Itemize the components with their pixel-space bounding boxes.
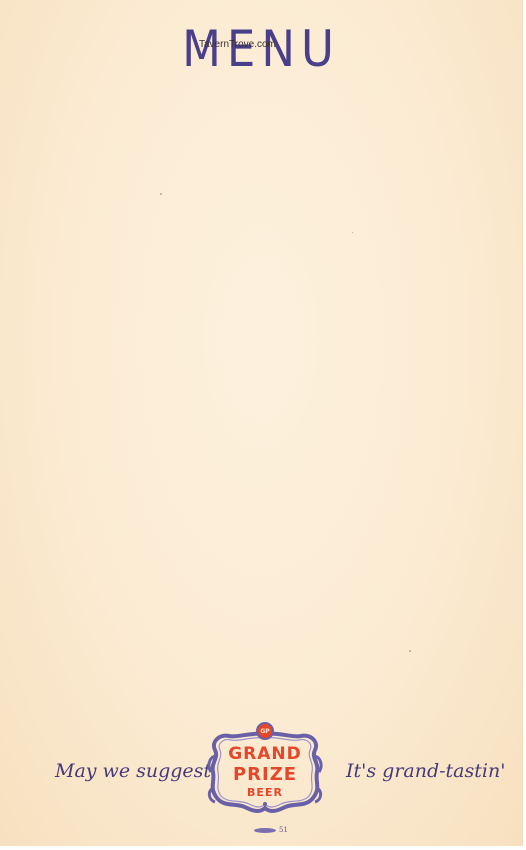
watermark: TavernTrove.com <box>199 39 276 50</box>
logo-beer: BEER <box>207 786 323 799</box>
right-slogan: It's grand-tastin' <box>346 760 505 782</box>
left-slogan: May we suggest <box>55 760 211 782</box>
paper-speck <box>409 650 411 652</box>
leaf-ornament-icon <box>254 828 276 833</box>
grand-prize-beer-logo: GP GRAND PRIZE BEER <box>207 728 323 816</box>
menu-sheet: MENU TavernTrove.com May we suggest GP G… <box>0 0 523 846</box>
paper-speck <box>160 193 162 195</box>
paper-speck <box>352 232 353 233</box>
logo-grand: GRAND <box>207 744 323 764</box>
logo-prize: PRIZE <box>207 764 323 785</box>
printer-code-number: 51 <box>279 826 288 834</box>
printer-code: 51 <box>254 826 288 834</box>
gp-monogram: GP <box>256 722 274 740</box>
